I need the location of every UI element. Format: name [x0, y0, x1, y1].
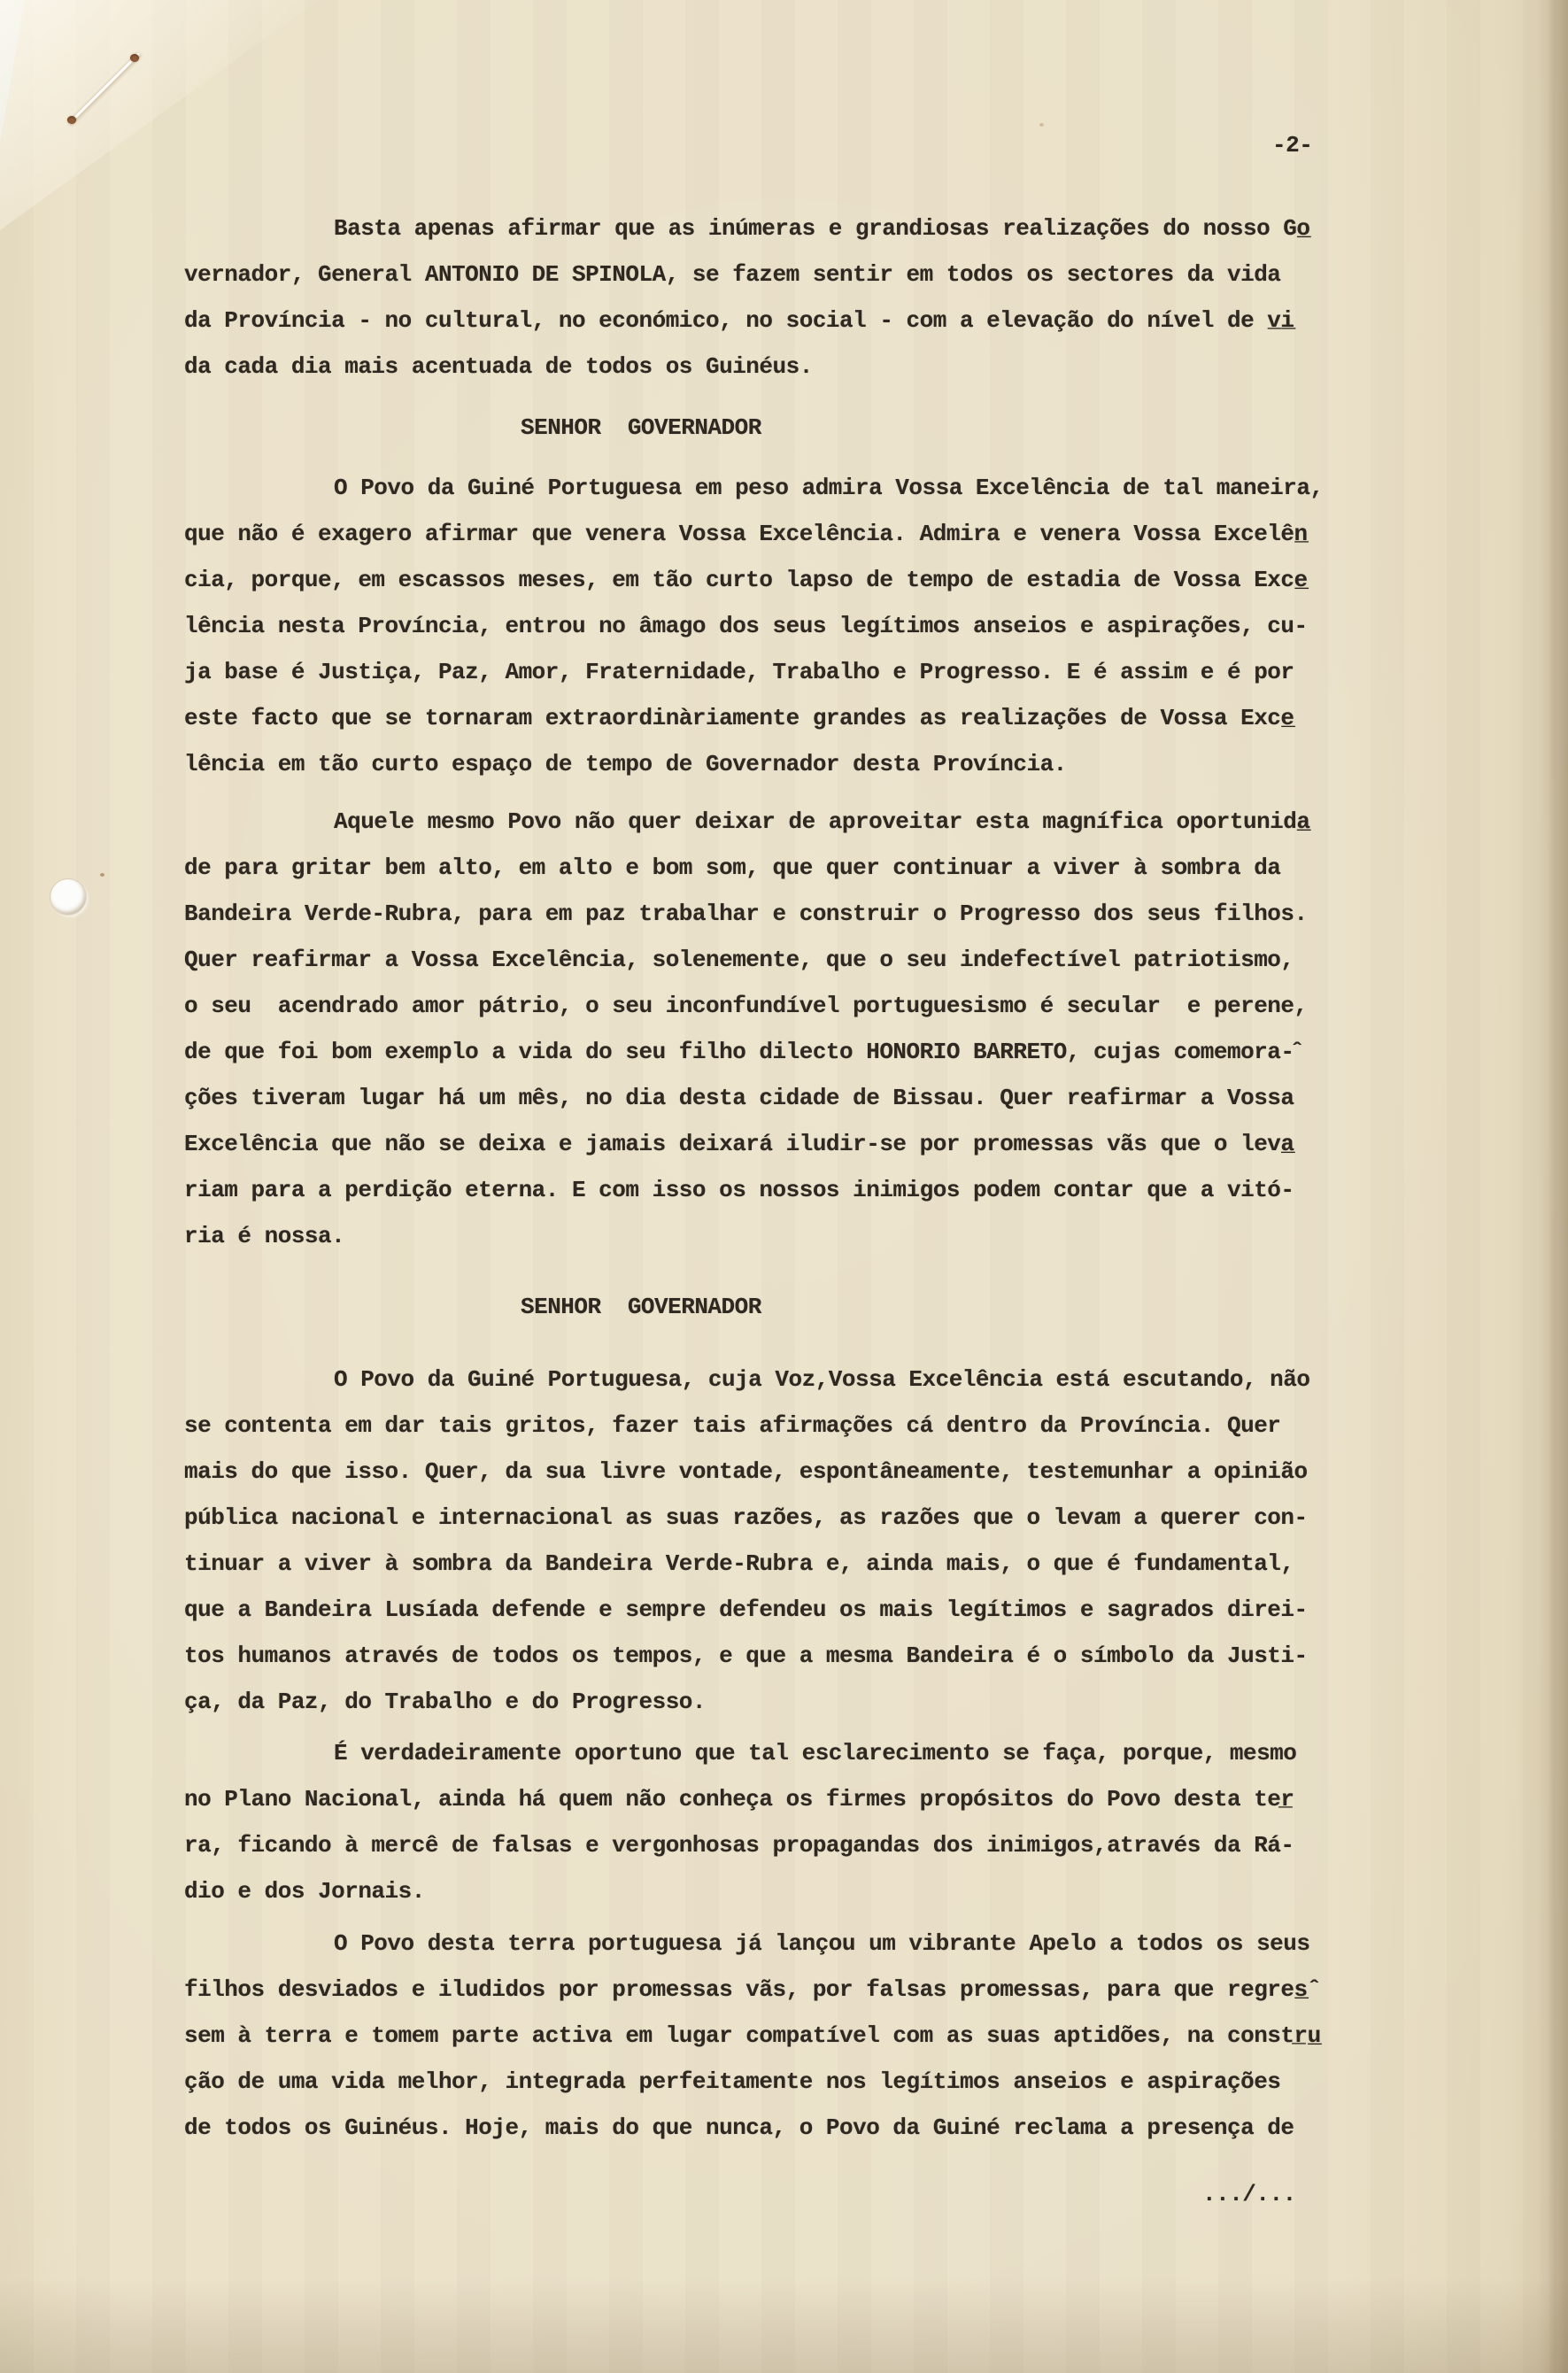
text-line: dio e dos Jornais.	[184, 1868, 1362, 1914]
text-line: ções tiveram lugar há um mês, no dia des…	[184, 1075, 1362, 1121]
text-line: tinuar a viver à sombra da Bandeira Verd…	[184, 1541, 1362, 1587]
text-line: O Povo desta terra portuguesa já lançou …	[184, 1921, 1362, 1967]
text-line: Basta apenas afirmar que as inúmeras e g…	[184, 205, 1362, 251]
text-line: vernador, General ANTONIO DE SPINOLA, se…	[184, 251, 1362, 298]
text-line: ça, da Paz, do Trabalho e do Progresso.	[184, 1679, 1362, 1725]
text-line: que não é exagero afirmar que venera Vos…	[184, 511, 1362, 557]
text-line: riam para a perdição eterna. E com isso …	[184, 1167, 1362, 1213]
scanned-document-page: -2- Basta apenas afirmar que as inúmeras…	[0, 0, 1568, 2373]
text-line: de que foi bom exemplo a vida do seu fil…	[184, 1029, 1362, 1075]
punch-hole	[50, 879, 86, 915]
text-line: lência nesta Província, entrou no âmago …	[184, 603, 1362, 649]
text-line: pública nacional e internacional as suas…	[184, 1495, 1362, 1541]
text-line: este facto que se tornaram extraordinàri…	[184, 695, 1362, 741]
text-line: Aquele mesmo Povo não quer deixar de apr…	[184, 799, 1362, 845]
text-line: lência em tão curto espaço de tempo de G…	[184, 741, 1362, 787]
text-line: de para gritar bem alto, em alto e bom s…	[184, 845, 1362, 891]
text-line: cia, porque, em escassos meses, em tão c…	[184, 557, 1362, 603]
staple-rust-mark	[67, 116, 76, 124]
section-heading: SENHOR GOVERNADOR	[521, 405, 1362, 451]
text-line: da cada dia mais acentuada de todos os G…	[184, 344, 1362, 390]
text-line: ja base é Justiça, Paz, Amor, Fraternida…	[184, 649, 1362, 695]
text-line: de todos os Guinéus. Hoje, mais do que n…	[184, 2105, 1362, 2151]
text-line: O Povo da Guiné Portuguesa em peso admir…	[184, 465, 1362, 511]
typewritten-text-block: Basta apenas afirmar que as inúmeras e g…	[184, 205, 1362, 2151]
text-line: mais do que isso. Quer, da sua livre von…	[184, 1449, 1362, 1495]
text-line: no Plano Nacional, ainda há quem não con…	[184, 1776, 1362, 1822]
text-line: ra, ficando à mercê de falsas e vergonho…	[184, 1822, 1362, 1868]
paper-speck	[100, 873, 104, 877]
text-line: É verdadeiramente oportuno que tal escla…	[184, 1730, 1362, 1776]
text-line: da Província - no cultural, no económico…	[184, 298, 1362, 344]
text-line: ria é nossa.	[184, 1213, 1362, 1259]
section-heading: SENHOR GOVERNADOR	[521, 1284, 1362, 1330]
text-line: sem à terra e tomem parte activa em luga…	[184, 2013, 1362, 2059]
text-line: O Povo da Guiné Portuguesa, cuja Voz,Vos…	[184, 1357, 1362, 1403]
corner-fold-crease	[0, 0, 319, 230]
text-line: o seu acendrado amor pátrio, o seu incon…	[184, 983, 1362, 1029]
page-number: -2-	[1272, 122, 1312, 168]
page-edge-shadow	[1548, 0, 1568, 2373]
text-line: Excelência que não se deixa e jamais dei…	[184, 1121, 1362, 1167]
text-line: tos humanos através de todos os tempos, …	[184, 1633, 1362, 1679]
continuation-mark: .../...	[1202, 2171, 1296, 2217]
text-line: Bandeira Verde-Rubra, para em paz trabal…	[184, 891, 1362, 937]
text-line: ção de uma vida melhor, integrada perfei…	[184, 2059, 1362, 2105]
staple-rust-mark	[130, 54, 139, 62]
text-line: que a Bandeira Lusíada defende e sempre …	[184, 1587, 1362, 1633]
text-line: se contenta em dar tais gritos, fazer ta…	[184, 1403, 1362, 1449]
paper-speck	[1039, 123, 1044, 127]
text-line: filhos desviados e iludidos por promessa…	[184, 1967, 1362, 2013]
text-line: Quer reafirmar a Vossa Excelência, solen…	[184, 937, 1362, 983]
